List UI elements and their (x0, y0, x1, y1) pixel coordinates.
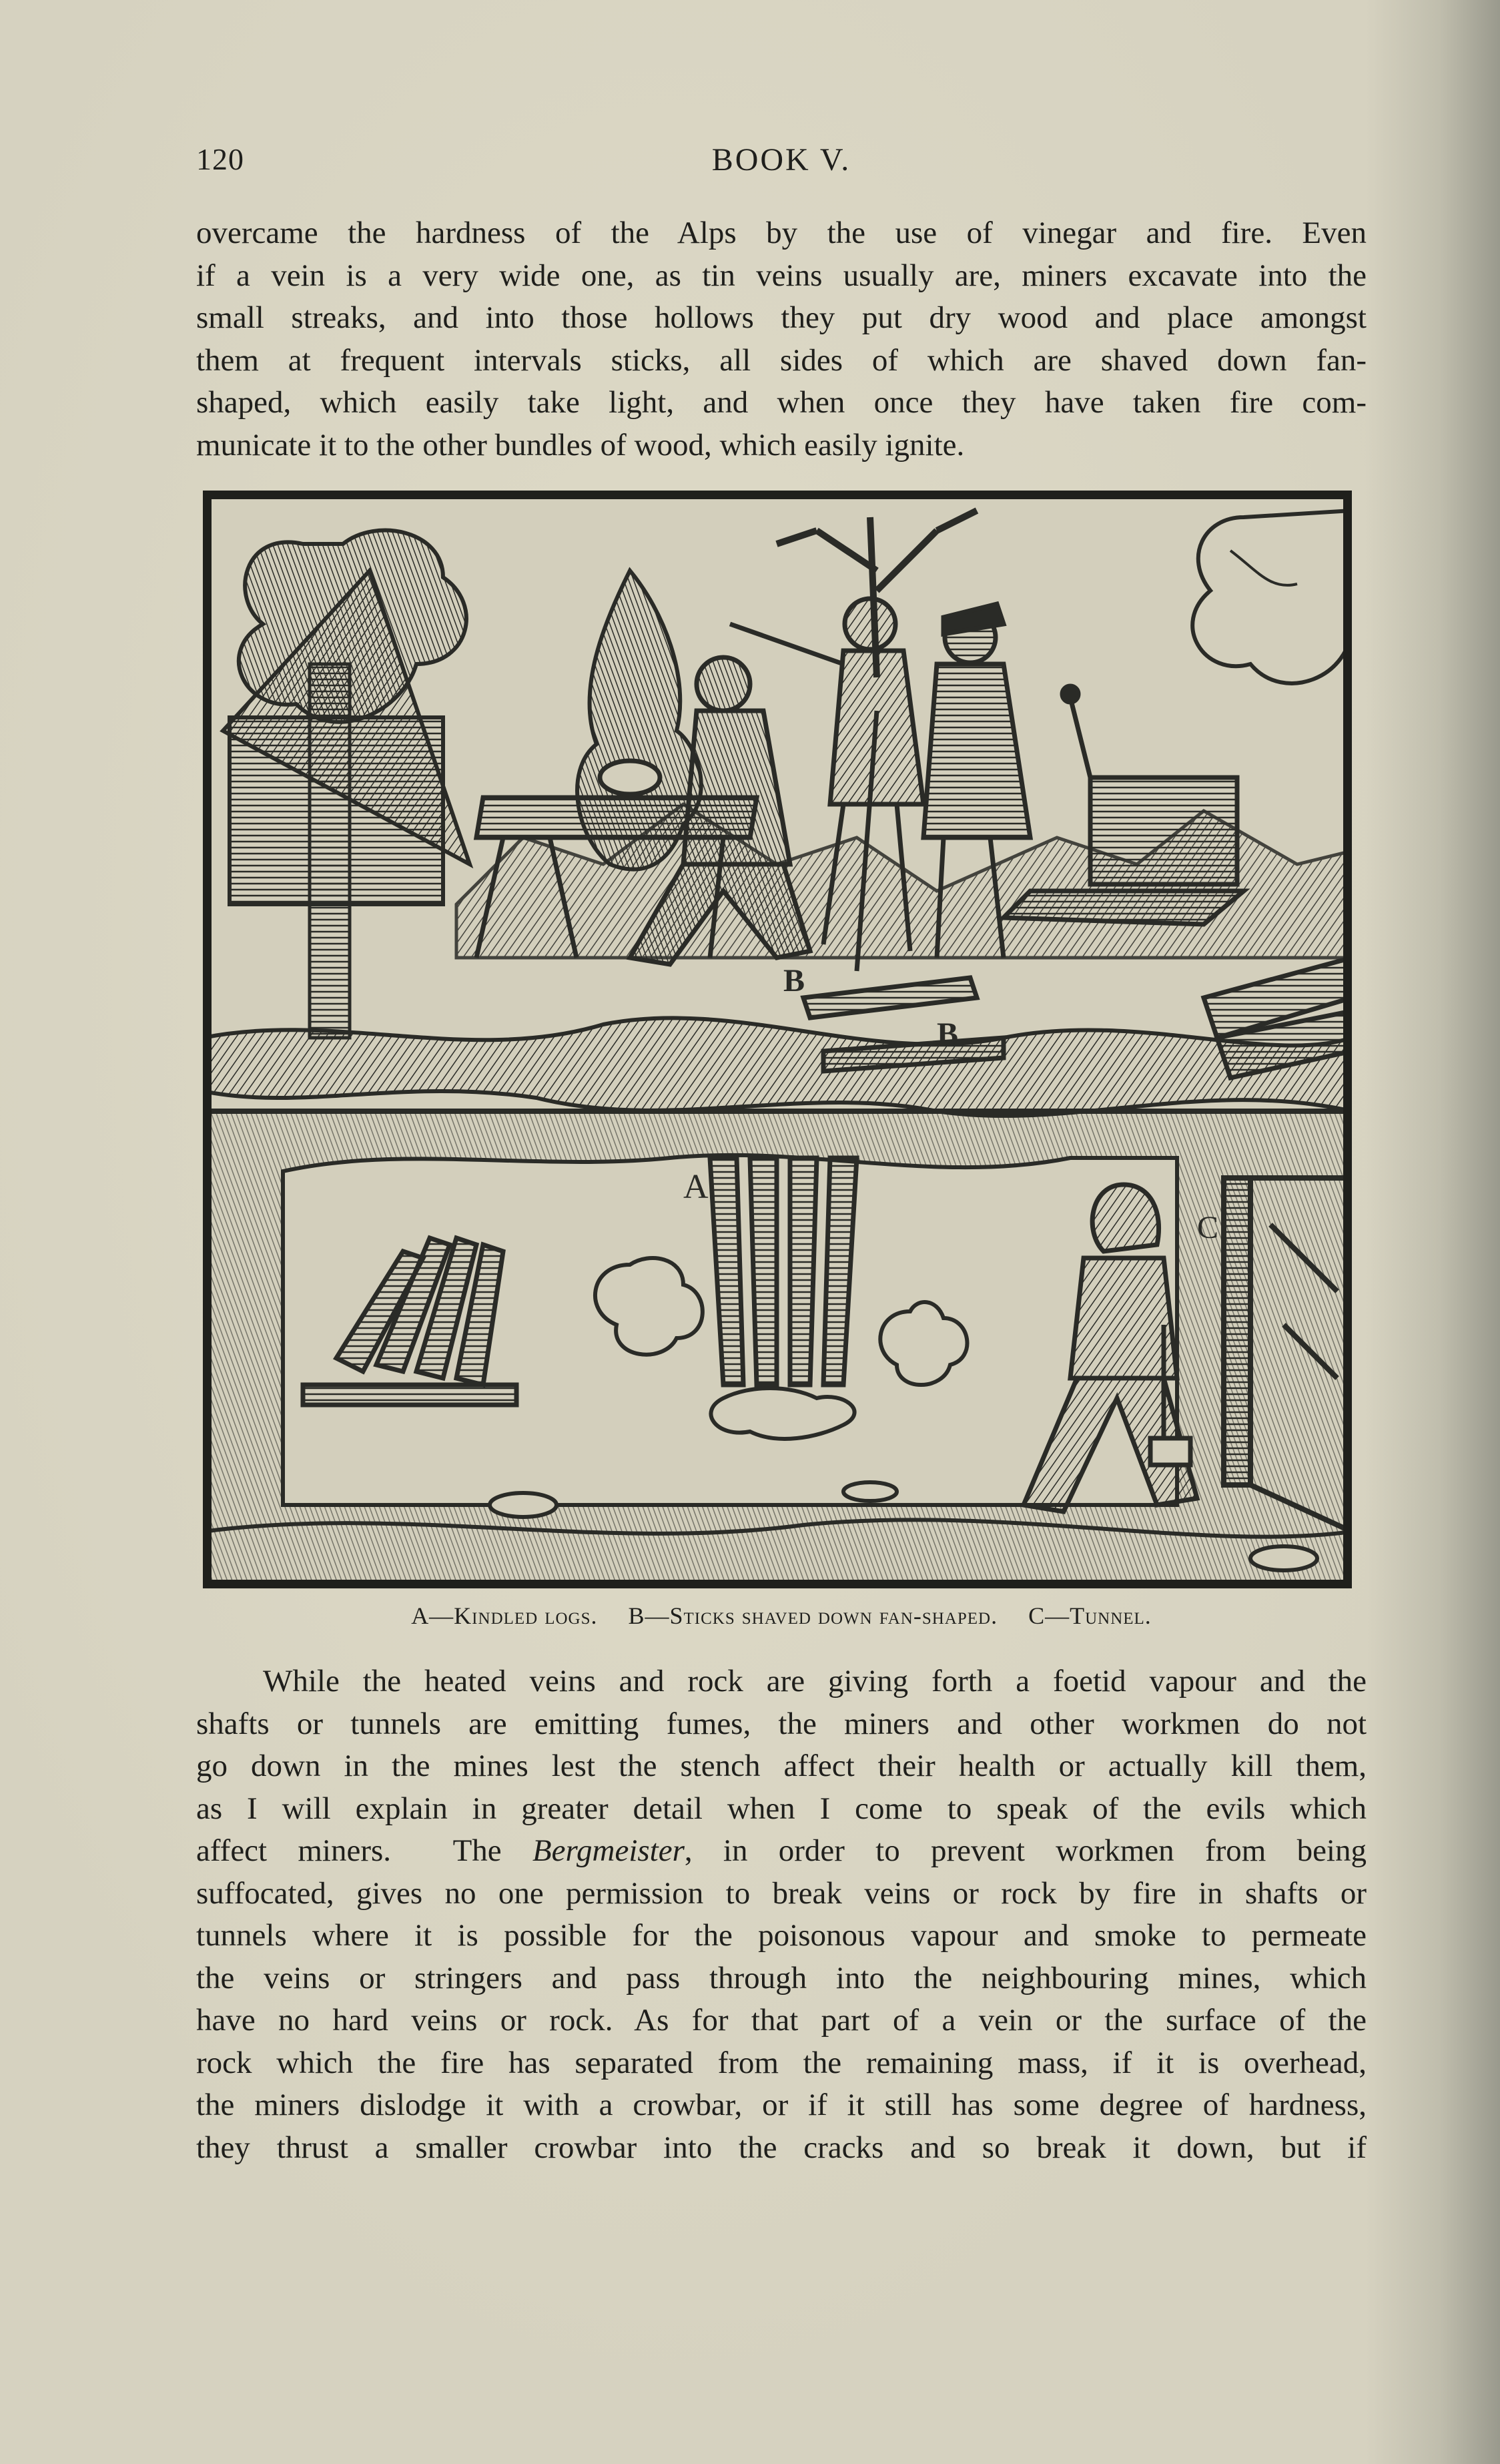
label-c: C (1197, 1210, 1218, 1245)
text-line: they thrust a smaller crowbar into the c… (196, 2127, 1367, 2170)
text-segment: , in order to prevent workmen from being (685, 1833, 1367, 1868)
text-line: have no hard veins or rock. As for that … (196, 1999, 1367, 2042)
text-line: rock which the fire has separated from t… (196, 2042, 1367, 2085)
paragraph-2: While the heated veins and rock are givi… (196, 1660, 1367, 2169)
text-line: go down in the mines lest the stench aff… (196, 1745, 1367, 1788)
text-segment: affect miners. (196, 1833, 391, 1868)
text-line: small streaks, and into those hollows th… (196, 297, 1367, 340)
caption-item-c: C—Tunnel. (1028, 1602, 1152, 1629)
text-line: overcame the hardness of the Alps by the… (196, 212, 1367, 255)
text-line: suffocated, gives no one permission to b… (196, 1873, 1367, 1915)
text-line: While the heated veins and rock are givi… (196, 1660, 1367, 1703)
text-line: shafts or tunnels are emitting fumes, th… (196, 1703, 1367, 1746)
label-b-2: B (937, 1016, 958, 1052)
text-line: the miners dislodge it with a crowbar, o… (196, 2084, 1367, 2127)
text-line: municate it to the other bundles of wood… (196, 424, 1367, 467)
running-head: 120 BOOK V. (196, 141, 1367, 182)
text-line: tunnels where it is possible for the poi… (196, 1915, 1367, 1957)
caption-item-b: B—Sticks shaved down fan-shaped. (629, 1602, 998, 1629)
text-line: affect miners. The Bergmeister, in order… (196, 1830, 1367, 1873)
text-segment: The (453, 1833, 532, 1868)
figure-caption: A—Kindled logs. B—Sticks shaved down fan… (196, 1602, 1367, 1630)
book-title: BOOK V. (196, 141, 1367, 178)
term-bergmeister: Bergmeister (532, 1833, 685, 1868)
text-line: them at frequent intervals sticks, all s… (196, 340, 1367, 382)
text-line: as I will explain in greater detail when… (196, 1788, 1367, 1831)
text-line: if a vein is a very wide one, as tin vei… (196, 255, 1367, 298)
woodcut-image: B B A (203, 491, 1352, 1588)
label-a: A (683, 1168, 709, 1206)
text-line: shaped, which easily take light, and whe… (196, 382, 1367, 424)
caption-item-a: A—Kindled logs. (411, 1602, 597, 1629)
paragraph-1: overcame the hardness of the Alps by the… (196, 212, 1367, 467)
woodcut-illustration: B B A (203, 491, 1352, 1588)
text-line: the veins or stringers and pass through … (196, 1957, 1367, 2000)
label-b-1: B (783, 963, 805, 998)
